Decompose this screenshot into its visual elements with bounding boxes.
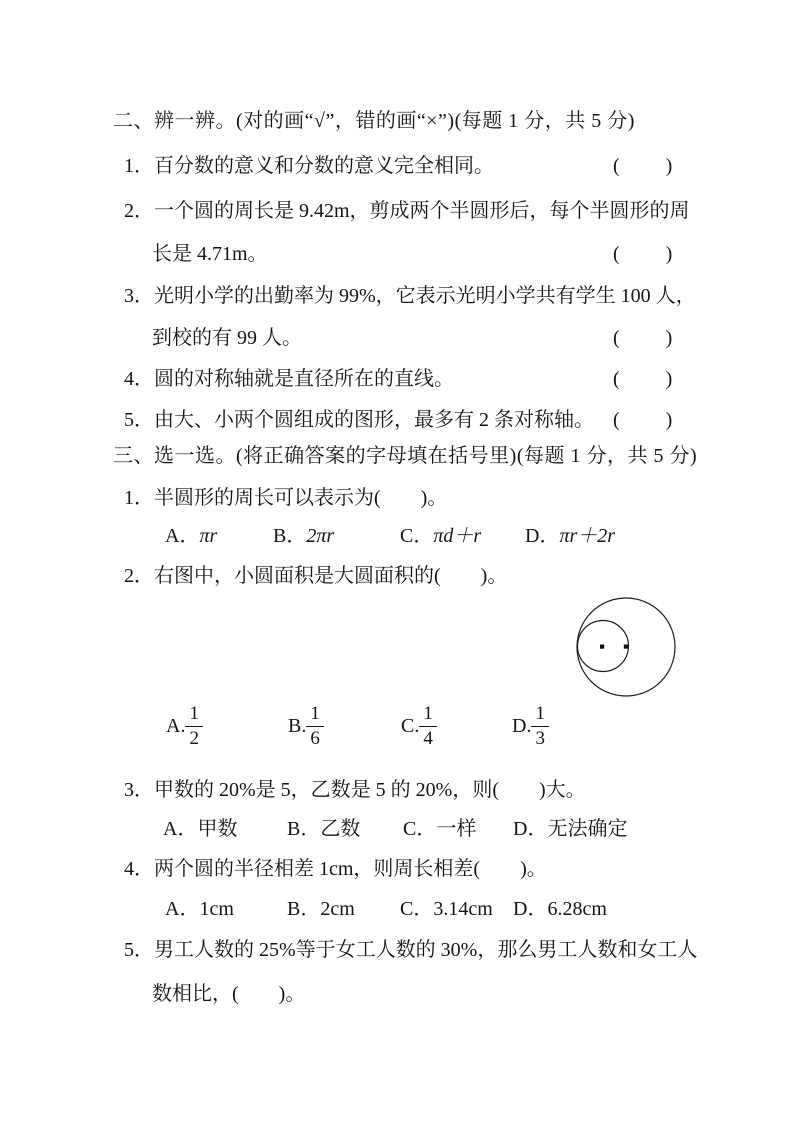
option-label: B. xyxy=(288,715,306,738)
s2-q3-line2: 到校的有 99 人。 xyxy=(152,325,302,351)
question-text: 右图中，小圆面积是大圆面积的( )。 xyxy=(154,565,507,587)
s3-q3-option-a: A．甲数 xyxy=(163,816,237,842)
question-text: 光明小学的出勤率为 99%，它表示光明小学共有学生 100 人， xyxy=(154,285,696,307)
question-text: 甲数的 20%是 5，乙数是 5 的 20%，则( )大。 xyxy=(154,779,586,801)
question-text: 圆的对称轴就是直径所在的直线。 xyxy=(154,368,454,390)
large-circle-center-dot xyxy=(624,645,628,649)
s3-q4-line: 4．两个圆的半径相差 1cm，则周长相差( )。 xyxy=(124,856,547,882)
question-number: 4． xyxy=(124,856,154,882)
s3-q1-line: 1．半圆形的周长可以表示为( )。 xyxy=(124,485,447,511)
fraction-numerator: 1 xyxy=(306,703,324,727)
answer-bracket: ( ) xyxy=(613,325,674,351)
s3-q3-option-c: C．一样 xyxy=(403,816,476,842)
s3-q1-option-d: D．πr＋2r xyxy=(525,523,615,549)
s3-q1-option-a: A．πr xyxy=(165,523,217,549)
s3-q5-line1: 5．男工人数的 25%等于女工人数的 30%，那么男工人数和女工人 xyxy=(124,937,697,963)
s3-q3-option-d: D．无法确定 xyxy=(513,816,627,842)
question-text: 一个圆的周长是 9.42m，剪成两个半圆形后，每个半圆形的周 xyxy=(154,200,690,222)
answer-bracket: ( ) xyxy=(613,407,674,433)
s2-q4-line: 4．圆的对称轴就是直径所在的直线。 xyxy=(124,366,454,392)
question-text: 两个圆的半径相差 1cm，则周长相差( )。 xyxy=(154,858,547,880)
s3-q4-option-a: A．1cm xyxy=(165,896,234,922)
question-number: 5． xyxy=(124,937,154,963)
fraction: 14 xyxy=(419,703,437,750)
question-text: 半圆形的周长可以表示为( )。 xyxy=(154,487,447,509)
question-text: 百分数的意义和分数的意义完全相同。 xyxy=(154,155,494,177)
option-value: πr xyxy=(199,525,217,547)
s3-q2-option-a: A.12 xyxy=(166,703,203,750)
fraction-numerator: 1 xyxy=(185,703,203,727)
option-label: C． xyxy=(400,525,433,547)
s3-q2-option-d: D.13 xyxy=(512,703,549,750)
question-text: 由大、小两个圆组成的图形，最多有 2 条对称轴。 xyxy=(154,409,594,431)
small-circle-center-dot xyxy=(600,645,604,649)
s3-q1-option-c: C．πd＋r xyxy=(400,523,481,549)
fraction: 16 xyxy=(306,703,324,750)
option-label: D. xyxy=(512,715,531,738)
question-number: 1． xyxy=(124,153,154,179)
question-text: 男工人数的 25%等于女工人数的 30%，那么男工人数和女工人 xyxy=(154,939,697,961)
fraction-numerator: 1 xyxy=(531,703,549,727)
s3-q5-line2: 数相比，( )。 xyxy=(152,981,305,1007)
section2-header: 二、辨一辨。(对的画“√”，错的画“×”)(每题 1 分，共 5 分) xyxy=(113,108,635,134)
question-number: 2． xyxy=(124,198,154,224)
option-label: C. xyxy=(401,715,419,738)
fraction-denominator: 3 xyxy=(531,727,549,750)
s3-q2-line: 2．右图中，小圆面积是大圆面积的( )。 xyxy=(124,563,507,589)
s3-q1-option-b: B．2πr xyxy=(273,523,334,549)
s3-q4-option-d: D．6.28cm xyxy=(513,896,607,922)
option-label: D． xyxy=(525,525,559,547)
fraction-denominator: 6 xyxy=(306,727,324,750)
question-number: 3． xyxy=(124,283,154,309)
circles-diagram xyxy=(568,588,688,706)
s3-q2-option-b: B.16 xyxy=(288,703,324,750)
option-value: πr＋2r xyxy=(559,525,615,547)
s3-q4-option-b: B．2cm xyxy=(287,896,355,922)
s3-q4-option-c: C．3.14cm xyxy=(400,896,493,922)
s3-q2-option-c: C.14 xyxy=(401,703,437,750)
fraction: 13 xyxy=(531,703,549,750)
s3-q3-line: 3．甲数的 20%是 5，乙数是 5 的 20%，则( )大。 xyxy=(124,777,586,803)
section3-header: 三、选一选。(将正确答案的字母填在括号里)(每题 1 分，共 5 分) xyxy=(113,443,697,469)
question-number: 4． xyxy=(124,366,154,392)
s2-q2-line1: 2．一个圆的周长是 9.42m，剪成两个半圆形后，每个半圆形的周 xyxy=(124,198,690,224)
fraction-denominator: 4 xyxy=(419,727,437,750)
s2-q2-line2: 长是 4.71m。 xyxy=(152,241,268,267)
question-number: 3． xyxy=(124,777,154,803)
s2-q5-line: 5．由大、小两个圆组成的图形，最多有 2 条对称轴。 xyxy=(124,407,594,433)
fraction: 12 xyxy=(185,703,203,750)
question-number: 2． xyxy=(124,563,154,589)
option-label: A． xyxy=(165,525,199,547)
fraction-numerator: 1 xyxy=(419,703,437,727)
s2-q1-line: 1．百分数的意义和分数的意义完全相同。 xyxy=(124,153,494,179)
option-value: 2πr xyxy=(306,525,334,547)
option-value: πd＋r xyxy=(433,525,481,547)
option-label: A. xyxy=(166,715,185,738)
fraction-denominator: 2 xyxy=(185,727,203,750)
answer-bracket: ( ) xyxy=(613,241,674,267)
worksheet-page: 二、辨一辨。(对的画“√”，错的画“×”)(每题 1 分，共 5 分) 1．百分… xyxy=(0,0,793,1122)
s2-q3-line1: 3．光明小学的出勤率为 99%，它表示光明小学共有学生 100 人， xyxy=(124,283,696,309)
answer-bracket: ( ) xyxy=(613,366,674,392)
answer-bracket: ( ) xyxy=(613,153,674,179)
question-number: 1． xyxy=(124,485,154,511)
option-label: B． xyxy=(273,525,306,547)
question-number: 5． xyxy=(124,407,154,433)
s3-q3-option-b: B．乙数 xyxy=(287,816,360,842)
